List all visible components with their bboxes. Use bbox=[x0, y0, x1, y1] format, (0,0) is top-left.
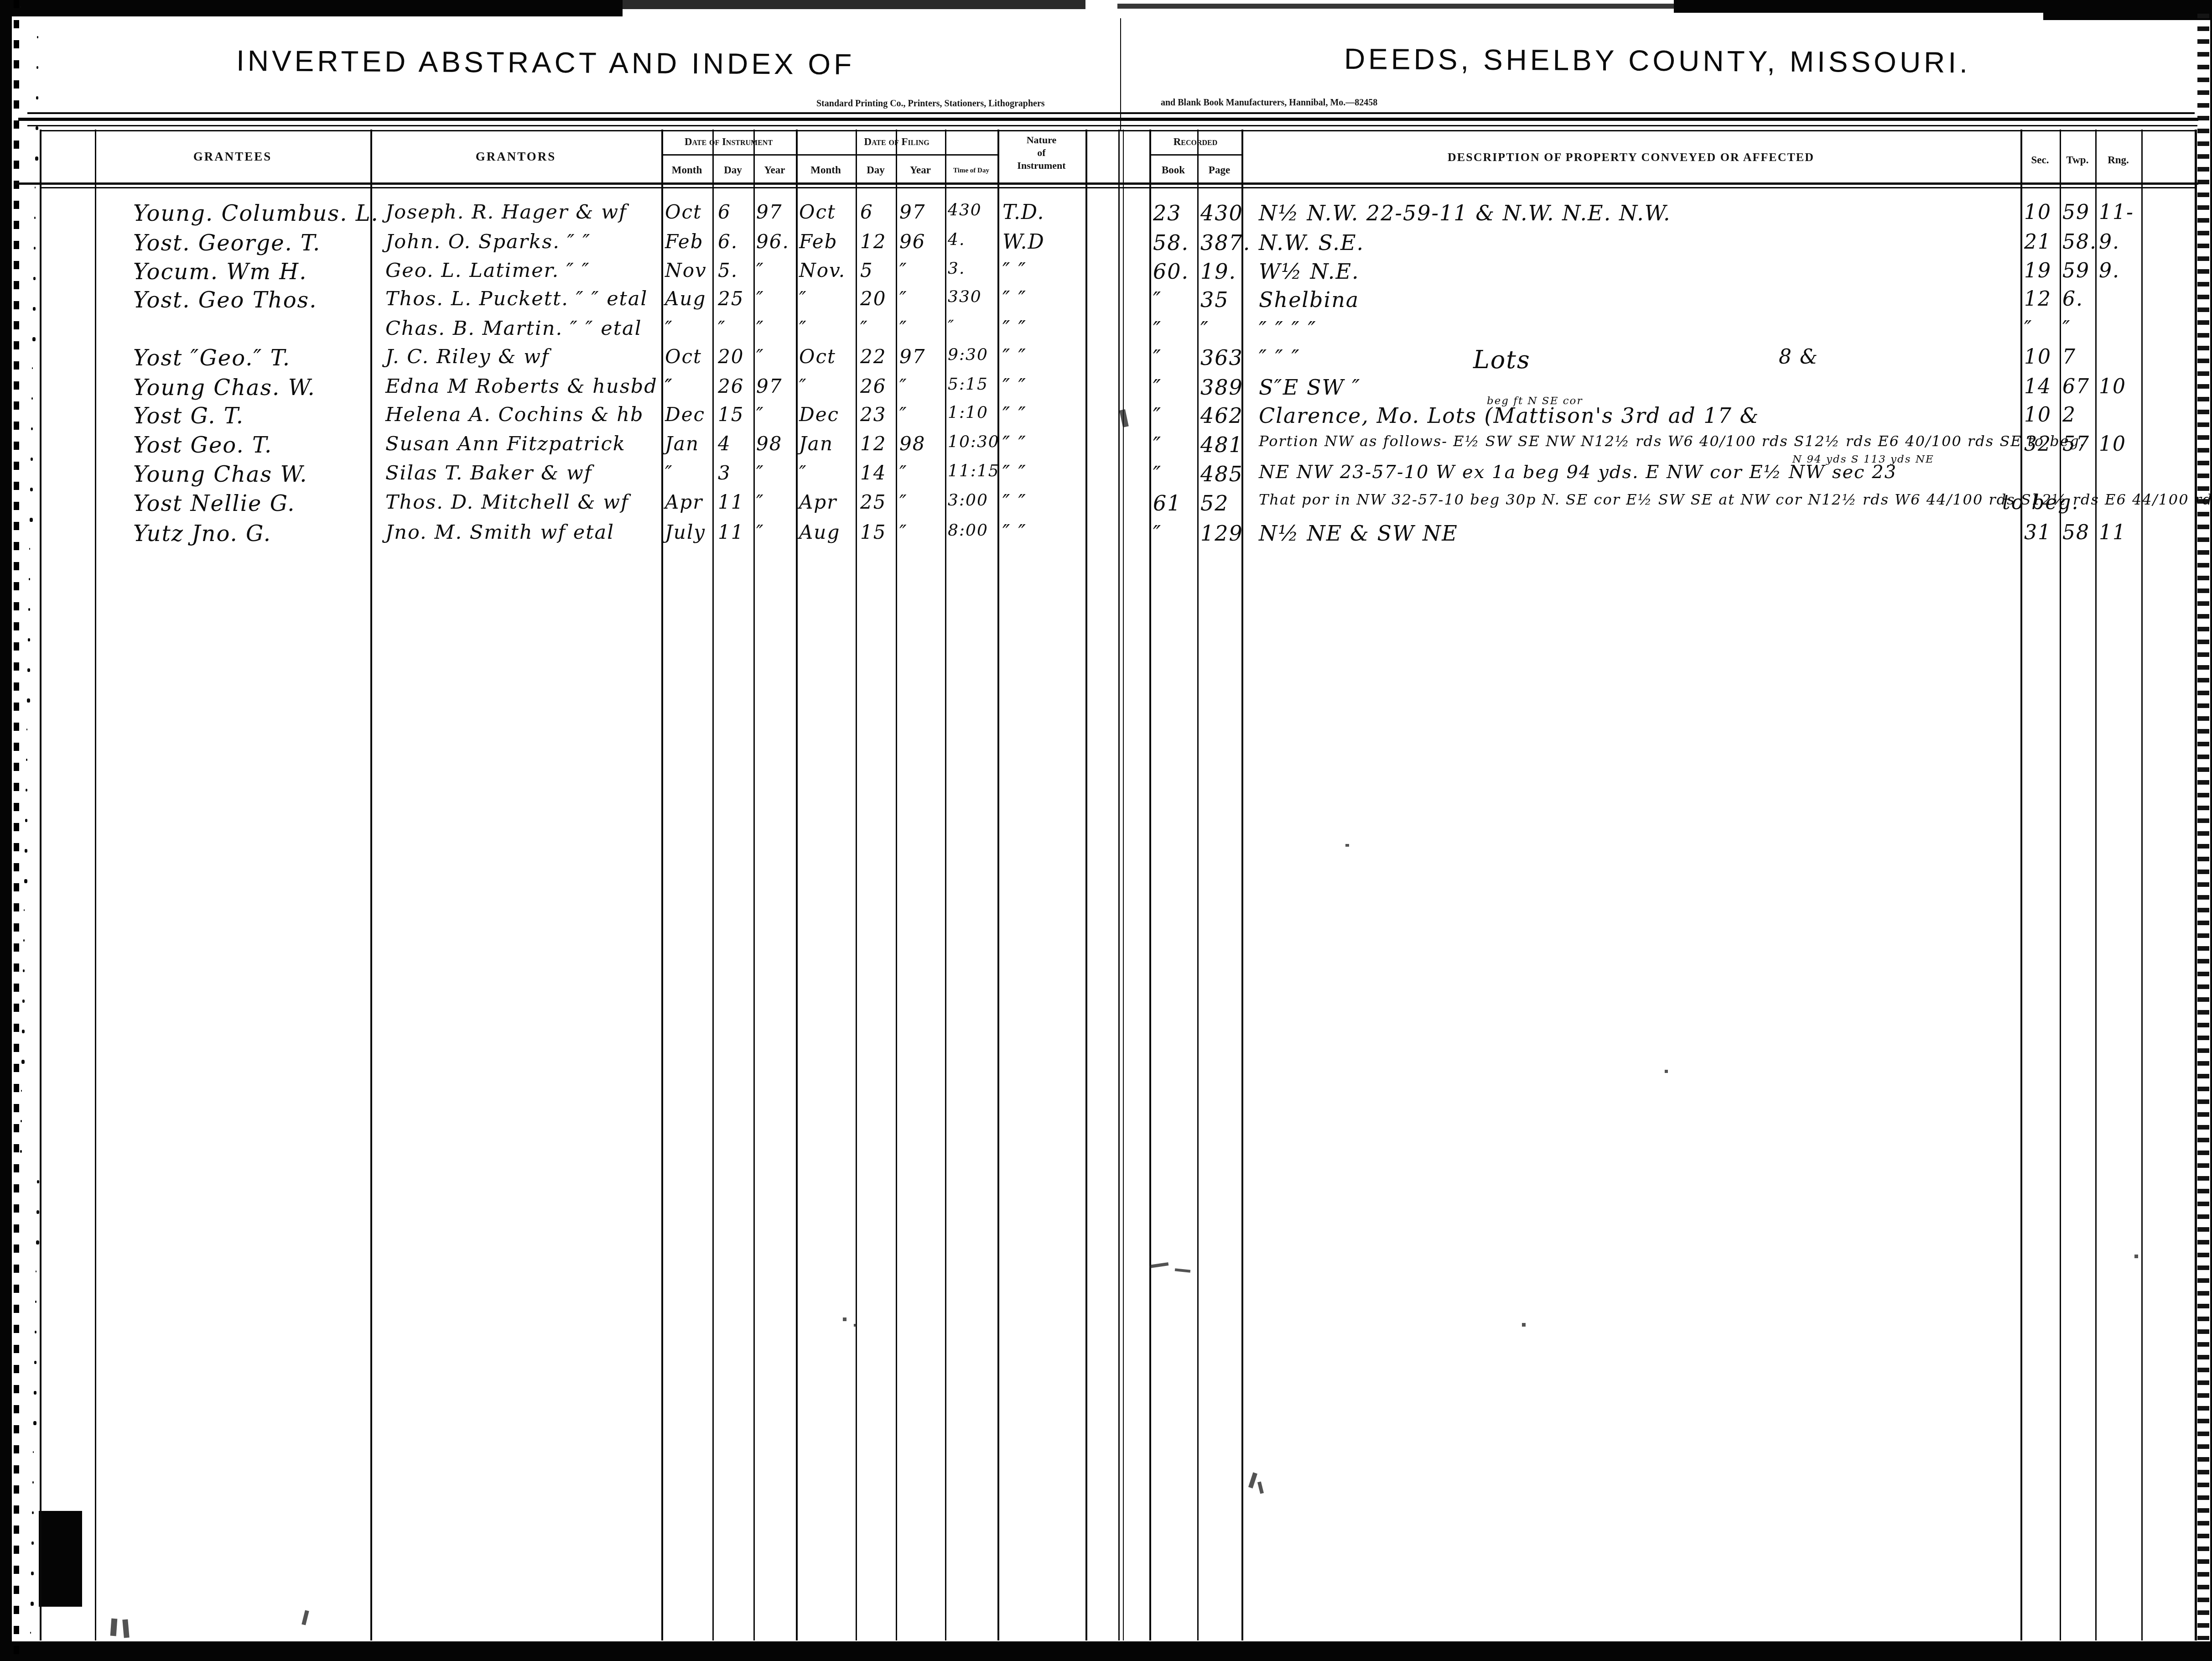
horizontal-rule bbox=[27, 112, 2195, 114]
cell-book: ″ bbox=[1153, 403, 1162, 428]
edge-speck bbox=[31, 397, 33, 400]
table-row: Yost. George. T.John. O. Sparks. ″ ″Feb6… bbox=[0, 230, 2212, 260]
horizontal-rule bbox=[14, 182, 2198, 185]
cell-i_mo: Apr bbox=[665, 491, 703, 513]
cell-desc: N.W. S.E. bbox=[1259, 230, 1364, 255]
edge-speck bbox=[33, 277, 36, 280]
cell-sec: 19 bbox=[2024, 259, 2051, 282]
cell-time: 3. bbox=[948, 259, 965, 278]
col-header-time-of-day: Time of Day bbox=[945, 167, 997, 175]
cell-i_yr: ″ bbox=[756, 403, 764, 426]
cell-grantee: Yost ″Geo.″ T. bbox=[133, 345, 291, 371]
edge-speck bbox=[24, 879, 27, 883]
cell-page: 387. bbox=[1200, 230, 1251, 255]
cell-desc: ″ ″ ″ ″ bbox=[1259, 317, 1317, 342]
cell-f_yr: ″ bbox=[899, 491, 908, 513]
cell-f_yr: ″ bbox=[899, 521, 908, 543]
pencil-mark bbox=[1665, 1070, 1668, 1073]
cell-grantee: Yost Nellie G. bbox=[133, 491, 296, 516]
scan-artifact-top-bar bbox=[623, 0, 1085, 9]
cell-grantor: Chas. B. Martin. ″ ″ etal bbox=[385, 317, 642, 340]
edge-speck bbox=[36, 1270, 36, 1272]
pencil-mark bbox=[1248, 1472, 1257, 1488]
cell-grantor: Susan Ann Fitzpatrick bbox=[385, 432, 626, 455]
col-header-page: Page bbox=[1197, 164, 1241, 176]
cell-i_yr: ″ bbox=[756, 521, 764, 543]
pencil-mark bbox=[1522, 1323, 1526, 1327]
scan-artifact-top-bar bbox=[0, 0, 623, 16]
cell-f_mo: Dec bbox=[799, 403, 839, 426]
scan-artifact-top-bar bbox=[1117, 4, 1674, 9]
col-header-instrument-year: Year bbox=[753, 164, 796, 176]
edge-speck bbox=[31, 1602, 34, 1606]
horizontal-rule bbox=[1149, 154, 1241, 156]
edge-speck bbox=[30, 518, 33, 522]
cell-twp: 6. bbox=[2062, 287, 2083, 311]
cell-grantor: Edna M Roberts & husbd ″ bbox=[385, 375, 673, 398]
cell-desc-right: to beg. bbox=[2002, 491, 2079, 514]
cell-grantee: Yost G. T. bbox=[133, 403, 244, 429]
cell-nature: ″ ″ bbox=[1002, 521, 1027, 544]
pencil-mark bbox=[301, 1610, 309, 1625]
cell-time: 3:00 bbox=[948, 491, 988, 510]
cell-grantor: Thos. L. Puckett. ″ ″ etal bbox=[385, 287, 648, 310]
cell-nature: ″ ″ bbox=[1002, 403, 1027, 427]
pencil-mark bbox=[122, 1619, 129, 1638]
edge-speck bbox=[29, 548, 30, 550]
horizontal-rule bbox=[18, 118, 2198, 121]
table-row: Young Chas. W.Edna M Roberts & husbd ″″2… bbox=[0, 375, 2212, 404]
cell-time: 8:00 bbox=[948, 521, 988, 540]
edge-speck bbox=[34, 247, 36, 250]
cell-f_yr: 97 bbox=[899, 345, 925, 368]
cell-time: 5:15 bbox=[948, 375, 988, 394]
edge-speck bbox=[27, 668, 30, 672]
cell-page: 363 bbox=[1200, 345, 1243, 370]
cell-f_yr: ″ bbox=[899, 287, 908, 310]
edge-speck bbox=[27, 698, 30, 703]
table-row: Yost ″Geo.″ T.J. C. Riley & wfOct20″Oct2… bbox=[0, 345, 2212, 375]
edge-speck bbox=[36, 1210, 39, 1214]
edge-speck bbox=[35, 187, 36, 188]
cell-rng: 9. bbox=[2099, 259, 2120, 282]
cell-book: ″ bbox=[1153, 317, 1162, 342]
cell-nature: ″ ″ bbox=[1002, 462, 1027, 485]
edge-speck bbox=[22, 1030, 25, 1033]
cell-i_day: 4 bbox=[718, 432, 731, 455]
cell-f_day: 5 bbox=[860, 259, 873, 281]
cell-f_day: 6 bbox=[860, 201, 873, 223]
edge-speck bbox=[35, 1331, 36, 1333]
cell-time: 330 bbox=[948, 287, 982, 306]
scan-artifact-ink-blob bbox=[39, 1511, 82, 1607]
edge-speck bbox=[23, 969, 25, 972]
cell-f_day: ″ bbox=[860, 317, 868, 339]
col-header-date-of-instrument: Date of Instrument bbox=[661, 136, 796, 148]
cell-f_yr: 97 bbox=[899, 201, 925, 223]
edge-speck bbox=[28, 608, 30, 611]
cell-page: 481 bbox=[1200, 432, 1243, 457]
cell-i_mo: Dec bbox=[665, 403, 705, 426]
col-header-recorded: Recorded bbox=[1149, 136, 1241, 148]
edge-speck bbox=[25, 819, 27, 822]
table-row: Yost. Geo Thos.Thos. L. Puckett. ″ ″ eta… bbox=[0, 287, 2212, 317]
cell-nature: ″ ″ bbox=[1002, 375, 1027, 398]
cell-sec: 12 bbox=[2024, 287, 2051, 311]
cell-nature: T.D. bbox=[1002, 201, 1045, 224]
horizontal-rule bbox=[661, 154, 997, 156]
cell-book: ″ bbox=[1153, 432, 1162, 457]
edge-speck bbox=[26, 759, 27, 761]
edge-speck bbox=[33, 1421, 36, 1425]
cell-i_yr: ″ bbox=[756, 317, 764, 339]
col-header-twp: Twp. bbox=[2060, 154, 2095, 166]
cell-f_yr: ″ bbox=[899, 462, 908, 484]
cell-f_day: 14 bbox=[860, 462, 886, 484]
cell-f_day: 15 bbox=[860, 521, 886, 543]
edge-speck bbox=[21, 1090, 22, 1092]
edge-speck bbox=[33, 307, 36, 311]
cell-nature: ″ ″ bbox=[1002, 432, 1027, 456]
table-row: Young Chas W.Silas T. Baker & wf″3″″14″1… bbox=[0, 462, 2212, 491]
cell-f_yr: ″ bbox=[899, 317, 908, 339]
edge-speck bbox=[24, 909, 25, 911]
edge-speck bbox=[32, 367, 33, 369]
cell-page: 430 bbox=[1200, 201, 1243, 225]
cell-nature: ″ ″ bbox=[1002, 345, 1027, 369]
cell-f_day: 26 bbox=[860, 375, 886, 397]
cell-desc: S″E SW ″ bbox=[1259, 375, 1361, 400]
cell-rng: 9. bbox=[2099, 230, 2120, 254]
edge-speck bbox=[31, 427, 33, 430]
cell-f_day: 25 bbox=[860, 491, 886, 513]
cell-f_yr: ″ bbox=[899, 375, 908, 397]
col-header-sec: Sec. bbox=[2020, 154, 2060, 166]
edge-speck bbox=[31, 1541, 34, 1545]
col-header-grantors: GRANTORS bbox=[370, 150, 661, 164]
col-header-book: Book bbox=[1149, 164, 1197, 176]
cell-rng: 11 bbox=[2099, 521, 2126, 544]
cell-f_mo: Aug bbox=[799, 521, 840, 543]
cell-nature: ″ ″ bbox=[1002, 259, 1027, 282]
cell-grantee: Yost Geo. T. bbox=[133, 432, 272, 458]
cell-desc-right: 8 & bbox=[1779, 345, 1818, 369]
cell-desc: Portion NW as follows- E½ SW SE NW N12½ … bbox=[1259, 432, 2085, 450]
cell-f_day: 23 bbox=[860, 403, 886, 426]
cell-twp: 7 bbox=[2062, 345, 2076, 369]
scanned-ledger-page: INVERTED ABSTRACT AND INDEX OF DEEDS, SH… bbox=[0, 0, 2212, 1661]
horizontal-rule bbox=[40, 187, 2195, 188]
cell-f_yr: 96 bbox=[899, 230, 925, 253]
cell-i_yr: 98 bbox=[756, 432, 782, 455]
edge-speck bbox=[37, 36, 38, 38]
edge-speck bbox=[36, 126, 38, 130]
cell-twp: 57 bbox=[2062, 432, 2090, 456]
cell-f_mo: Apr bbox=[799, 491, 837, 513]
cell-time: 9:30 bbox=[948, 345, 988, 364]
cell-page: 129 bbox=[1200, 521, 1243, 546]
edge-speck bbox=[36, 1240, 39, 1244]
col-header-filing-year: Year bbox=[896, 164, 945, 176]
cell-nature: ″ ″ bbox=[1002, 491, 1027, 514]
pencil-mark bbox=[1149, 1262, 1169, 1268]
cell-twp: 58 bbox=[2062, 521, 2090, 544]
cell-book: ″ bbox=[1153, 287, 1162, 312]
cell-f_mo: Oct bbox=[799, 201, 836, 223]
edge-speck bbox=[28, 638, 30, 641]
cell-grantee: Yocum. Wm H. bbox=[133, 259, 307, 285]
cell-sec: 31 bbox=[2024, 521, 2051, 544]
cell-f_day: 22 bbox=[860, 345, 886, 368]
cell-i_yr: ″ bbox=[756, 345, 764, 368]
cell-i_yr: 97 bbox=[756, 375, 782, 397]
pencil-mark bbox=[854, 1324, 857, 1327]
edge-speck bbox=[32, 1511, 34, 1514]
edge-speck bbox=[25, 849, 27, 853]
col-header-nature: of bbox=[997, 147, 1085, 159]
edge-speck bbox=[31, 458, 33, 461]
pencil-mark bbox=[110, 1619, 118, 1636]
cell-f_mo: Jan bbox=[799, 432, 833, 455]
cell-book: ″ bbox=[1153, 462, 1162, 486]
cell-book: ″ bbox=[1153, 345, 1162, 370]
edge-speck bbox=[29, 578, 30, 580]
edge-speck bbox=[37, 1180, 39, 1183]
page-title-right: DEEDS, SHELBY COUNTY, MISSOURI. bbox=[1344, 42, 1971, 79]
cell-desc: W½ N.E. bbox=[1259, 259, 1360, 284]
cell-nature: W.D bbox=[1002, 230, 1045, 254]
cell-desc: Shelbina bbox=[1259, 287, 1359, 312]
cell-i_day: ″ bbox=[718, 317, 726, 339]
col-header-filing-day: Day bbox=[856, 164, 896, 176]
cell-time: 11:15 bbox=[948, 462, 1000, 480]
table-row: Young. Columbus. L.Joseph. R. Hager & wf… bbox=[0, 201, 2212, 230]
cell-i_mo: Oct bbox=[665, 201, 702, 223]
cell-i_yr: ″ bbox=[756, 287, 764, 310]
cell-sec: 14 bbox=[2024, 375, 2051, 398]
cell-f_mo: ″ bbox=[799, 287, 807, 310]
cell-i_day: 20 bbox=[718, 345, 744, 368]
cell-i_mo: Feb bbox=[665, 230, 704, 253]
cell-sec: 10 bbox=[2024, 403, 2051, 427]
pencil-mark bbox=[1345, 844, 1349, 847]
edge-speck bbox=[26, 729, 27, 730]
cell-grantee: Young. Columbus. L. bbox=[133, 201, 379, 226]
edge-speck bbox=[26, 789, 27, 791]
pencil-mark bbox=[1257, 1481, 1264, 1494]
cell-i_mo: ″ bbox=[665, 375, 673, 397]
cell-f_mo: Nov. bbox=[799, 259, 846, 281]
cell-desc: N½ NE & SW NE bbox=[1259, 521, 1458, 546]
cell-book: ″ bbox=[1153, 521, 1162, 546]
cell-page: 389 bbox=[1200, 375, 1243, 400]
printer-imprint-right: and Blank Book Manufacturers, Hannibal, … bbox=[1161, 98, 1377, 108]
table-row: Yocum. Wm H.Geo. L. Latimer. ″ ″Nov5.″No… bbox=[0, 259, 2212, 288]
cell-twp: 58. bbox=[2062, 230, 2097, 254]
cell-i_day: 5. bbox=[718, 259, 738, 281]
cell-i_yr: 96. bbox=[756, 230, 789, 253]
edge-speck bbox=[33, 1451, 34, 1453]
cell-grantee: Yost. Geo Thos. bbox=[133, 287, 317, 313]
cell-i_mo: ″ bbox=[665, 317, 673, 339]
cell-desc-mid: Lots bbox=[1473, 345, 1531, 374]
cell-sec: 32 bbox=[2024, 432, 2051, 456]
cell-desc: ″ ″ ″ bbox=[1259, 345, 1300, 370]
cell-f_yr: 98 bbox=[899, 432, 925, 455]
cell-sec: 10 bbox=[2024, 201, 2051, 224]
cell-f_day: 20 bbox=[860, 287, 886, 310]
cell-grantee: Young Chas W. bbox=[133, 462, 308, 487]
cell-twp: 59 bbox=[2062, 259, 2090, 282]
cell-i_day: 26 bbox=[718, 375, 744, 397]
table-row: Chas. B. Martin. ″ ″ etal″″″″″″″″ ″″″″ ″… bbox=[0, 317, 2212, 346]
edge-speck bbox=[31, 1572, 34, 1575]
edge-speck bbox=[21, 1060, 25, 1064]
cell-i_yr: ″ bbox=[756, 491, 764, 513]
cell-sec: 21 bbox=[2024, 230, 2051, 254]
cell-desc: Clarence, Mo. Lots (Mattison's 3rd ad 17… bbox=[1259, 403, 1759, 428]
edge-speck bbox=[36, 96, 38, 99]
edge-speck bbox=[32, 337, 36, 341]
printer-imprint-left: Standard Printing Co., Printers, Station… bbox=[816, 99, 1045, 109]
cell-f_mo: ″ bbox=[799, 375, 807, 397]
edge-speck bbox=[21, 1120, 22, 1122]
cell-desc-note: beg ft N SE cor bbox=[1487, 395, 1583, 407]
cell-page: 462 bbox=[1200, 403, 1243, 428]
cell-page: 485 bbox=[1200, 462, 1243, 486]
cell-grantee: Yost. George. T. bbox=[133, 230, 321, 256]
cell-grantee: Yutz Jno. G. bbox=[133, 521, 271, 547]
cell-f_yr: ″ bbox=[899, 259, 908, 281]
cell-i_day: 15 bbox=[718, 403, 744, 426]
cell-f_day: 12 bbox=[860, 230, 886, 253]
edge-speck bbox=[34, 217, 36, 219]
cell-grantee: Young Chas. W. bbox=[133, 375, 316, 401]
cell-i_day: 6. bbox=[718, 230, 738, 253]
scan-artifact-bottom-bar bbox=[0, 1641, 2212, 1661]
cell-sec: ″ bbox=[2024, 317, 2032, 340]
cell-book: ″ bbox=[1153, 375, 1162, 400]
col-header-instrument-month: Month bbox=[661, 164, 712, 176]
cell-f_day: 12 bbox=[860, 432, 886, 455]
edge-speck bbox=[34, 1361, 36, 1364]
col-header-nature: Instrument bbox=[997, 160, 1085, 172]
cell-grantor: Joseph. R. Hager & wf bbox=[385, 201, 627, 224]
cell-i_mo: Jan bbox=[665, 432, 699, 455]
cell-f_mo: Feb bbox=[799, 230, 838, 253]
cell-grantor: J. C. Riley & wf bbox=[385, 345, 550, 368]
cell-desc-note: N 94 yds S 113 yds NE bbox=[1792, 453, 1934, 465]
edge-speck bbox=[22, 1000, 25, 1003]
cell-i_day: 11 bbox=[718, 491, 744, 513]
horizontal-rule bbox=[40, 130, 2195, 131]
cell-grantor: Geo. L. Latimer. ″ ″ bbox=[385, 259, 590, 282]
pencil-mark bbox=[2134, 1255, 2138, 1258]
edge-speck bbox=[30, 1632, 31, 1634]
cell-grantor: Jno. M. Smith wf etal bbox=[385, 521, 614, 544]
pencil-mark bbox=[1175, 1268, 1190, 1273]
edge-speck bbox=[34, 1391, 36, 1395]
cell-grantor: Silas T. Baker & wf bbox=[385, 462, 592, 484]
cell-grantor: John. O. Sparks. ″ ″ bbox=[385, 230, 591, 253]
cell-rng: 10 bbox=[2099, 432, 2126, 456]
cell-book: 58. bbox=[1153, 230, 1189, 255]
table-row: Yutz Jno. G.Jno. M. Smith wf etalJuly11″… bbox=[0, 521, 2212, 550]
cell-nature: ″ ″ bbox=[1002, 287, 1027, 311]
col-header-rng: Rng. bbox=[2095, 154, 2141, 166]
cell-book: 61 bbox=[1153, 491, 1182, 515]
cell-book: 60. bbox=[1153, 259, 1189, 284]
edge-speck bbox=[20, 6, 21, 8]
cell-i_yr: ″ bbox=[756, 259, 764, 281]
cell-i_mo: Aug bbox=[665, 287, 706, 310]
cell-page: ″ bbox=[1200, 317, 1209, 342]
col-header-instrument-day: Day bbox=[712, 164, 753, 176]
cell-twp: 2 bbox=[2062, 403, 2076, 427]
cell-rng: 10 bbox=[2099, 375, 2126, 398]
col-header-grantees: GRANTEES bbox=[95, 150, 370, 164]
table-row: Yost G. T.Helena A. Cochins & hbDec15″De… bbox=[0, 403, 2212, 432]
cell-i_yr: ″ bbox=[756, 462, 764, 484]
cell-i_mo: ″ bbox=[665, 462, 673, 484]
cell-time: 430 bbox=[948, 201, 982, 219]
cell-i_day: 25 bbox=[718, 287, 744, 310]
cell-time: 1:10 bbox=[948, 403, 988, 422]
col-header-description: DESCRIPTION OF PROPERTY CONVEYED OR AFFE… bbox=[1241, 151, 2020, 164]
horizontal-rule bbox=[27, 125, 2197, 126]
cell-time: 4. bbox=[948, 230, 965, 249]
col-header-filing-month: Month bbox=[796, 164, 856, 176]
cell-page: 19. bbox=[1200, 259, 1236, 284]
cell-f_mo: Oct bbox=[799, 345, 836, 368]
edge-speck bbox=[32, 1481, 34, 1484]
cell-i_day: 11 bbox=[718, 521, 744, 543]
cell-desc: N½ N.W. 22-59-11 & N.W. N.E. N.W. bbox=[1259, 201, 1671, 225]
edge-speck bbox=[36, 66, 38, 69]
cell-sec: 10 bbox=[2024, 345, 2051, 369]
cell-twp: 67 bbox=[2062, 375, 2090, 398]
cell-time: ″ bbox=[948, 317, 955, 336]
cell-f_mo: ″ bbox=[799, 317, 807, 339]
cell-f_mo: ″ bbox=[799, 462, 807, 484]
cell-f_yr: ″ bbox=[899, 403, 908, 426]
scan-artifact-top-bar bbox=[2043, 0, 2212, 20]
cell-page: 52 bbox=[1200, 491, 1229, 515]
pencil-mark bbox=[843, 1317, 846, 1321]
edge-speck bbox=[35, 156, 38, 161]
edge-speck bbox=[23, 939, 25, 942]
table-row: Yost Nellie G.Thos. D. Mitchell & wfApr1… bbox=[0, 491, 2212, 520]
cell-time: 10:30 bbox=[948, 432, 1000, 451]
cell-rng: 11- bbox=[2099, 201, 2134, 224]
edge-speck bbox=[35, 1301, 36, 1303]
cell-i_yr: 97 bbox=[756, 201, 782, 223]
cell-i_mo: July bbox=[665, 521, 706, 543]
cell-i_mo: Nov bbox=[665, 259, 707, 281]
page-title-left: INVERTED ABSTRACT AND INDEX OF bbox=[236, 44, 855, 81]
cell-book: 23 bbox=[1153, 201, 1182, 225]
cell-i_mo: Oct bbox=[665, 345, 702, 368]
cell-i_day: 3 bbox=[718, 462, 731, 484]
cell-nature: ″ ″ bbox=[1002, 317, 1027, 340]
cell-twp: 59 bbox=[2062, 201, 2090, 224]
cell-grantor: Helena A. Cochins & hb bbox=[385, 403, 644, 426]
cell-page: 35 bbox=[1200, 287, 1229, 312]
cell-twp: ″ bbox=[2062, 317, 2071, 340]
edge-speck bbox=[20, 1150, 22, 1153]
cell-i_day: 6 bbox=[718, 201, 731, 223]
edge-speck bbox=[30, 488, 33, 491]
